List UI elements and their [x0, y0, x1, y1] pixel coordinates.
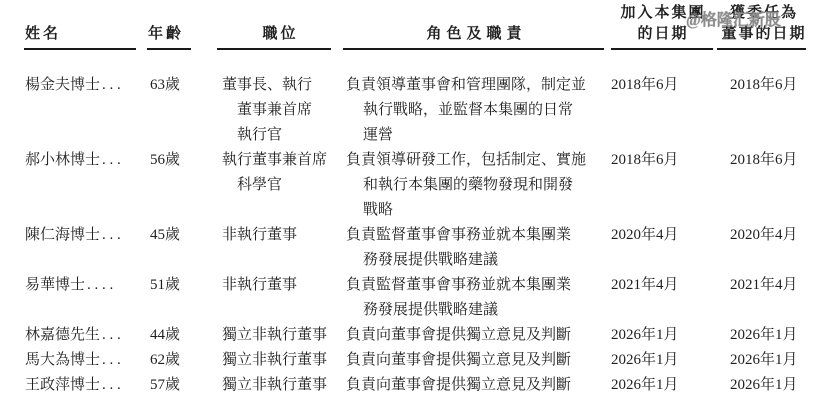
- header-underline-role: [343, 48, 604, 50]
- header-underline-name: [24, 48, 136, 50]
- header-underline-date-joined: [611, 48, 713, 50]
- role-line: 負責向董事會提供獨立意見及判斷: [346, 373, 610, 398]
- role-line: 戰略: [346, 198, 610, 223]
- watermark: @格隆汇新股: [686, 7, 781, 30]
- cell-name: 林嘉德先生. . .: [0, 323, 148, 348]
- cell-age: 44歲: [148, 323, 218, 348]
- cell-date-joined: 2018年6月: [610, 148, 716, 223]
- director-name: 易華博士: [25, 277, 85, 293]
- cell-age: 45歲: [148, 223, 218, 273]
- directors-table-page: 姓名 年齡 職位 角色及職責 加入本集團 的日期 獲委任為 董事的日期 楊金夫博…: [0, 0, 830, 400]
- cell-date-appointed: 2026年1月: [716, 373, 812, 398]
- position-line: 董事長、執行: [222, 73, 343, 98]
- header-underline-position: [217, 48, 331, 50]
- cell-date-joined: 2020年4月: [610, 223, 716, 273]
- director-name: 郝小林博士: [25, 152, 100, 168]
- cell-position: 獨立非執行董事: [218, 373, 343, 398]
- dot-leader: . . . .: [87, 277, 113, 293]
- dot-leader: . . .: [102, 77, 121, 93]
- cell-position: 獨立非執行董事: [218, 323, 343, 348]
- role-line: 負責領導研發工作，包括制定、實施: [346, 148, 610, 173]
- cell-role: 負責領導董事會和管理團隊，制定並執行戰略，並監督本集團的日常運營: [343, 73, 610, 148]
- cell-name: 楊金夫博士. . .: [0, 73, 148, 148]
- table-row: 王政萍博士. . .57歲獨立非執行董事負責向董事會提供獨立意見及判斷2026年…: [0, 373, 830, 398]
- position-line: 非執行董事: [222, 223, 343, 248]
- director-name: 馬大為博士: [25, 352, 100, 368]
- director-name: 陳仁海博士: [25, 227, 100, 243]
- role-line: 負責領導董事會和管理團隊，制定並: [346, 73, 610, 98]
- cell-date-joined: 2021年4月: [610, 273, 716, 323]
- role-line: 負責監督董事會事務並就本集團業: [346, 273, 610, 298]
- cell-role: 負責監督董事會事務並就本集團業務發展提供戰略建議: [343, 223, 610, 273]
- cell-age: 51歲: [148, 273, 218, 323]
- cell-position: 董事長、執行董事兼首席執行官: [218, 73, 343, 148]
- table-row: 陳仁海博士. . .45歲非執行董事負責監督董事會事務並就本集團業務發展提供戰略…: [0, 223, 830, 273]
- role-line: 務發展提供戰略建議: [346, 248, 610, 273]
- cell-age: 62歲: [148, 348, 218, 373]
- header-position: 職位: [218, 24, 343, 48]
- position-line: 獨立非執行董事: [222, 348, 343, 373]
- role-line: 運營: [346, 123, 610, 148]
- position-line: 獨立非執行董事: [222, 323, 343, 348]
- table-row: 林嘉德先生. . .44歲獨立非執行董事負責向董事會提供獨立意見及判斷2026年…: [0, 323, 830, 348]
- cell-position: 非執行董事: [218, 273, 343, 323]
- cell-date-appointed: 2021年4月: [716, 273, 812, 323]
- table-row: 易華博士. . . .51歲非執行董事負責監督董事會事務並就本集團業務發展提供戰…: [0, 273, 830, 323]
- cell-date-joined: 2026年1月: [610, 348, 716, 373]
- cell-date-appointed: 2026年1月: [716, 348, 812, 373]
- header-underline-date-appointed: [717, 48, 806, 50]
- cell-date-appointed: 2018年6月: [716, 73, 812, 148]
- cell-date-appointed: 2020年4月: [716, 223, 812, 273]
- director-name: 林嘉德先生: [25, 327, 100, 343]
- table-row: 楊金夫博士. . .63歲董事長、執行董事兼首席執行官負責領導董事會和管理團隊，…: [0, 73, 830, 148]
- cell-position: 獨立非執行董事: [218, 348, 343, 373]
- role-line: 務發展提供戰略建議: [346, 298, 610, 323]
- cell-name: 易華博士. . . .: [0, 273, 148, 323]
- cell-date-joined: 2018年6月: [610, 73, 716, 148]
- director-name: 楊金夫博士: [25, 77, 100, 93]
- position-line: 執行官: [222, 123, 343, 148]
- cell-position: 執行董事兼首席科學官: [218, 148, 343, 223]
- cell-position: 非執行董事: [218, 223, 343, 273]
- cell-role: 負責向董事會提供獨立意見及判斷: [343, 348, 610, 373]
- dot-leader: . . .: [102, 377, 121, 393]
- position-line: 董事兼首席: [222, 98, 343, 123]
- cell-role: 負責領導研發工作，包括制定、實施和執行本集團的藥物發現和開發戰略: [343, 148, 610, 223]
- role-line: 負責向董事會提供獨立意見及判斷: [346, 323, 610, 348]
- table-row: 郝小林博士. . .56歲執行董事兼首席科學官負責領導研發工作，包括制定、實施和…: [0, 148, 830, 223]
- cell-role: 負責監督董事會事務並就本集團業務發展提供戰略建議: [343, 273, 610, 323]
- cell-role: 負責向董事會提供獨立意見及判斷: [343, 323, 610, 348]
- cell-date-appointed: 2018年6月: [716, 148, 812, 223]
- role-line: 負責監督董事會事務並就本集團業: [346, 223, 610, 248]
- header-name: 姓名: [0, 24, 148, 48]
- dot-leader: . . .: [102, 227, 121, 243]
- header-age: 年齡: [148, 24, 218, 48]
- cell-date-joined: 2026年1月: [610, 373, 716, 398]
- header-role: 角色及職責: [343, 24, 610, 48]
- dot-leader: . . .: [102, 152, 121, 168]
- cell-age: 57歲: [148, 373, 218, 398]
- cell-name: 郝小林博士. . .: [0, 148, 148, 223]
- role-line: 執行戰略，並監督本集團的日常: [346, 98, 610, 123]
- table-body: 楊金夫博士. . .63歲董事長、執行董事兼首席執行官負責領導董事會和管理團隊，…: [0, 73, 830, 398]
- cell-name: 馬大為博士. . .: [0, 348, 148, 373]
- cell-age: 63歲: [148, 73, 218, 148]
- cell-date-appointed: 2026年1月: [716, 323, 812, 348]
- position-line: 非執行董事: [222, 273, 343, 298]
- cell-age: 56歲: [148, 148, 218, 223]
- role-line: 和執行本集團的藥物發現和開發: [346, 173, 610, 198]
- cell-role: 負責向董事會提供獨立意見及判斷: [343, 373, 610, 398]
- cell-name: 王政萍博士. . .: [0, 373, 148, 398]
- cell-name: 陳仁海博士. . .: [0, 223, 148, 273]
- dot-leader: . . .: [102, 352, 121, 368]
- header-underline-age: [147, 48, 191, 50]
- dot-leader: . . .: [102, 327, 121, 343]
- position-line: 執行董事兼首席: [222, 148, 343, 173]
- position-line: 獨立非執行董事: [222, 373, 343, 398]
- role-line: 負責向董事會提供獨立意見及判斷: [346, 348, 610, 373]
- cell-date-joined: 2026年1月: [610, 323, 716, 348]
- position-line: 科學官: [222, 173, 343, 198]
- table-row: 馬大為博士. . .62歲獨立非執行董事負責向董事會提供獨立意見及判斷2026年…: [0, 348, 830, 373]
- director-name: 王政萍博士: [25, 377, 100, 393]
